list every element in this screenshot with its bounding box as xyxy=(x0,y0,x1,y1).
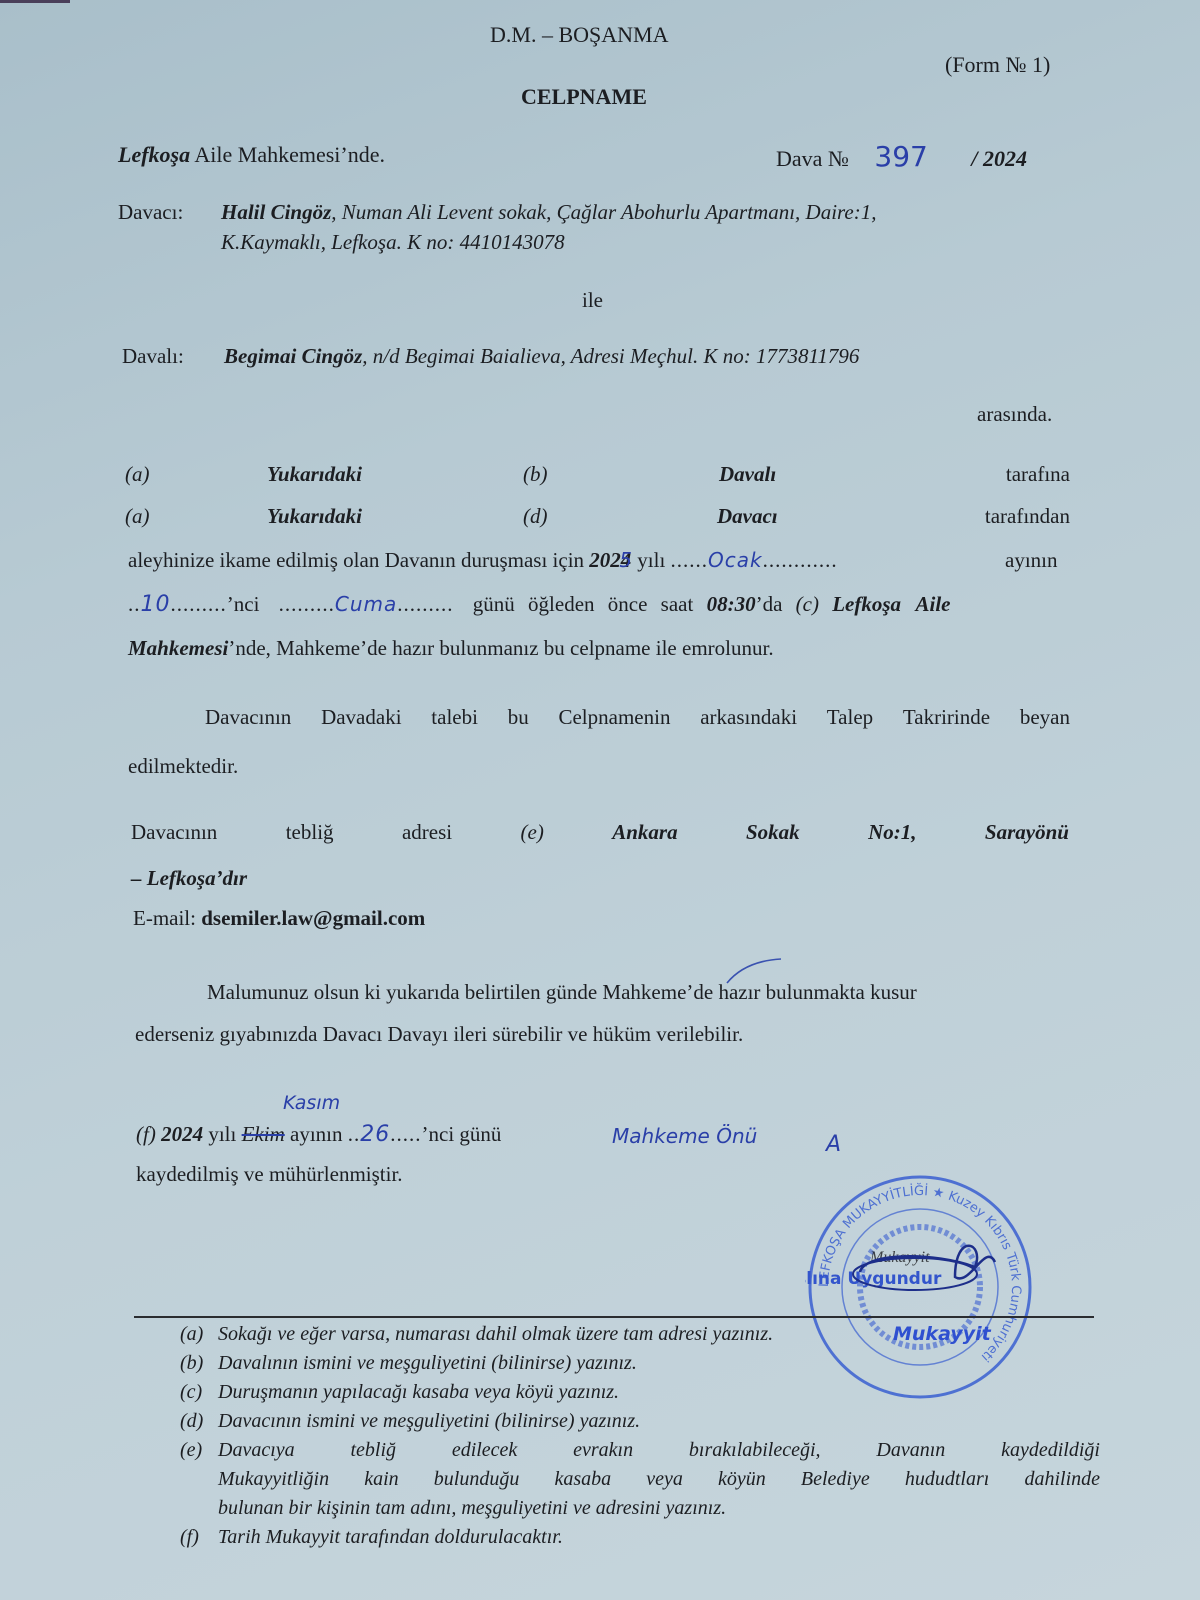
month-handwritten: Ocak xyxy=(708,548,763,572)
word: edilecek xyxy=(452,1436,518,1465)
defendant-details: , n/d Begimai Baialieva, Adresi Meçhul. … xyxy=(362,344,859,368)
registration-line-2: kaydedilmiş ve mühürlenmiştir. xyxy=(136,1162,403,1187)
email-label: E-mail: xyxy=(133,906,196,930)
word: hududtları xyxy=(905,1465,989,1494)
month-suffix: ayının xyxy=(290,1122,343,1146)
word: evrakın xyxy=(573,1436,633,1465)
defendant-label: Davalı: xyxy=(122,344,184,369)
marker-a: (a) xyxy=(125,462,150,487)
hearing-text: aleyhinize ikame edilmiş olan Davanın du… xyxy=(128,548,584,572)
footnote-e-line-3: bulunan bir kişinin tam adını, meşguliye… xyxy=(218,1494,1100,1523)
plaintiff-line1: Halil Cingöz, Numan Ali Levent sokak, Ça… xyxy=(221,200,877,225)
party-plaintiff: Davacı xyxy=(717,504,778,529)
party-end: tarafından xyxy=(985,504,1070,529)
day-field: ..10......... xyxy=(128,592,227,616)
footnote-a: (a)Sokağı ve eğer varsa, numarası dahil … xyxy=(180,1320,1100,1349)
defendant-name: Begimai Cingöz xyxy=(224,344,362,368)
word: Takririnde xyxy=(903,705,990,730)
claim-line-2: edilmektedir. xyxy=(128,754,238,779)
weekday-field: .........Cuma......... xyxy=(279,592,454,616)
word: tebliğ xyxy=(350,1436,396,1465)
month-suffix: ayının xyxy=(1005,548,1058,573)
footnote-label: (a) xyxy=(180,1320,218,1349)
footnote-d: (d)Davacının ismini ve meşguliyetini (bi… xyxy=(180,1407,1100,1436)
hearing-line-1: aleyhinize ikame edilmiş olan Davanın du… xyxy=(128,548,838,573)
marker-c: (c) xyxy=(796,592,819,616)
word: Celpnamenin xyxy=(558,705,670,730)
footnote-e: (e) Davacıya tebliğ edilecek evrakın bır… xyxy=(180,1436,1100,1523)
address-word: Sarayönü xyxy=(985,820,1069,845)
hearing-line-3: Mahkemesi’nde, Mahkeme’de hazır bulunman… xyxy=(128,636,774,661)
registration-day: 26 xyxy=(360,1122,390,1147)
marker-b: (b) xyxy=(523,462,548,487)
footnote-e-line-1: Davacıya tebliğ edilecek evrakın bırakıl… xyxy=(218,1436,1100,1465)
marker-e: (e) xyxy=(521,820,544,845)
paper-edge xyxy=(0,0,70,3)
signature-rule xyxy=(134,1316,1094,1318)
address-word: Sokak xyxy=(746,820,800,845)
address-word: Ankara xyxy=(612,820,677,845)
handwritten-initials: A xyxy=(826,1132,841,1157)
word: veya xyxy=(646,1465,683,1494)
registration-year: 2024 xyxy=(161,1122,203,1146)
plaintiff-address-2: K.Kaymaklı, Lefkoşa. K no: 4410143078 xyxy=(221,230,565,255)
word: Davanın xyxy=(876,1436,945,1465)
address-word: No:1, xyxy=(868,820,916,845)
word: köyün xyxy=(718,1465,766,1494)
document-title: CELPNAME xyxy=(521,84,647,110)
footnote-text: Duruşmanın yapılacağı kasaba veya köyü y… xyxy=(218,1378,619,1407)
case-year: / 2024 xyxy=(971,146,1027,171)
footnote-b: (b)Davalının ismini ve meşguliyetini (bi… xyxy=(180,1349,1100,1378)
claim-line-1: Davacının Davadaki talebi bu Celpnamenin… xyxy=(205,705,1070,730)
connector-ile: ile xyxy=(582,288,603,313)
form-number: (Form № 1) xyxy=(945,52,1050,78)
hearing-time: 08:30 xyxy=(707,592,756,616)
court-name-rest: Aile Mahkemesi’nde. xyxy=(194,142,385,167)
footnote-text: Sokağı ve eğer varsa, numarası dahil olm… xyxy=(218,1320,773,1349)
word: tebliğ xyxy=(286,820,334,845)
party-above: Yukarıdaki xyxy=(267,462,362,487)
footnote-e-line-2: Mukayyitliğin kain bulunduğu kasaba veya… xyxy=(218,1465,1100,1494)
hearing-place: Lefkoşa Aile xyxy=(832,592,950,616)
year-suffix: yılı xyxy=(637,548,665,572)
time-suffix: ’da xyxy=(756,592,783,616)
court-name: Lefkoşa Aile Mahkemesi’nde. xyxy=(118,142,385,168)
hearing-place-cont: Mahkemesi xyxy=(128,636,228,660)
footnote-label: (c) xyxy=(180,1378,218,1407)
case-number-handwritten: 397 xyxy=(874,140,927,173)
plaintiff-name: Halil Cingöz xyxy=(221,200,331,224)
handwritten-note: Mahkeme Önü xyxy=(612,1124,757,1148)
word: kasaba xyxy=(554,1465,611,1494)
between-text: arasında. xyxy=(977,402,1052,427)
footnote-text: Davacının ismini ve meşguliyetini (bilin… xyxy=(218,1407,640,1436)
hearing-line-2: ..10.........’nci .........Cuma.........… xyxy=(128,592,951,617)
party-defendant: Davalı xyxy=(719,462,776,487)
footnote-label: (e) xyxy=(180,1436,218,1523)
year-correction: 5 xyxy=(619,548,632,572)
footnote-text: Tarih Mukayyit tarafından doldurulacaktı… xyxy=(218,1523,563,1552)
court-city: Lefkoşa xyxy=(118,142,190,167)
service-address-city: – Lefkoşa’dır xyxy=(131,866,247,891)
marker-f: (f) xyxy=(136,1122,156,1146)
plaintiff-address-1: , Numan Ali Levent sokak, Çağlar Abohurl… xyxy=(331,200,876,224)
word: Talep xyxy=(827,705,873,730)
word: adresi xyxy=(402,820,452,845)
footnote-text: Davalının ismini ve meşguliyetini (bilin… xyxy=(218,1349,637,1378)
marker-d: (d) xyxy=(523,504,548,529)
day-suffix: ’nci günü xyxy=(422,1122,502,1146)
registration-line: (f) 2024 yılı Ekim ayının ..26.....’nci … xyxy=(136,1122,501,1147)
word: arkasındaki xyxy=(700,705,797,730)
day-suffix: ’nci xyxy=(227,592,260,616)
footnote-c: (c)Duruşmanın yapılacağı kasaba veya köy… xyxy=(180,1378,1100,1407)
footnote-label: (d) xyxy=(180,1407,218,1436)
word: Davacıya xyxy=(218,1436,295,1465)
word: dahilinde xyxy=(1024,1465,1100,1494)
case-number: Dava № 397 / 2024 xyxy=(776,140,1027,173)
day-handwritten: 10 xyxy=(141,592,171,617)
footnote-label: (b) xyxy=(180,1349,218,1378)
month-field: ......Ocak............ xyxy=(671,548,838,572)
registration-month-handwritten: Kasım xyxy=(283,1092,340,1114)
word: Davadaki xyxy=(321,705,401,730)
document-category: D.M. – BOŞANMA xyxy=(490,22,668,48)
defendant-line: Begimai Cingöz, n/d Begimai Baialieva, A… xyxy=(224,344,859,369)
warning-line-2: ederseniz gıyabınızda Davacı Davayı iler… xyxy=(135,1022,743,1047)
word: beyan xyxy=(1020,705,1070,730)
weekday-handwritten: Cuma xyxy=(335,592,397,616)
party-end: tarafına xyxy=(1006,462,1070,487)
word: kaydedildiği xyxy=(1001,1436,1100,1465)
warning-line-1: Malumunuz olsun ki yukarıda belirtilen g… xyxy=(207,980,917,1005)
word: bırakılabileceği, xyxy=(689,1436,821,1465)
word: Mukayyitliğin xyxy=(218,1465,329,1494)
email-line: E-mail: dsemiler.law@gmail.com xyxy=(133,906,425,931)
registration-month-struck: Ekim xyxy=(242,1122,285,1146)
word: talebi xyxy=(431,705,478,730)
word: bu xyxy=(508,705,529,730)
registration-day-field: ..26..... xyxy=(348,1122,422,1146)
word: Davacının xyxy=(205,705,291,730)
footnotes: (a)Sokağı ve eğer varsa, numarası dahil … xyxy=(180,1320,1100,1552)
email-link[interactable]: dsemiler.law@gmail.com xyxy=(201,906,425,930)
case-label: Dava № xyxy=(776,146,849,171)
marker-a: (a) xyxy=(125,504,150,529)
service-address-line: Davacının tebliğ adresi (e) Ankara Sokak… xyxy=(131,820,1069,845)
hearing-order: ’nde, Mahkeme’de hazır bulunmanız bu cel… xyxy=(228,636,773,660)
year-suffix: yılı xyxy=(208,1122,236,1146)
plaintiff-label: Davacı: xyxy=(118,200,183,225)
footnote-label: (f) xyxy=(180,1523,218,1552)
word: kain xyxy=(364,1465,398,1494)
party-above: Yukarıdaki xyxy=(267,504,362,529)
word: Belediye xyxy=(801,1465,870,1494)
hearing-time-text: günü öğleden önce saat xyxy=(473,592,694,616)
word: bulunduğu xyxy=(434,1465,520,1494)
footnote-f: (f)Tarih Mukayyit tarafından doldurulaca… xyxy=(180,1523,1100,1552)
word: Davacının xyxy=(131,820,217,845)
